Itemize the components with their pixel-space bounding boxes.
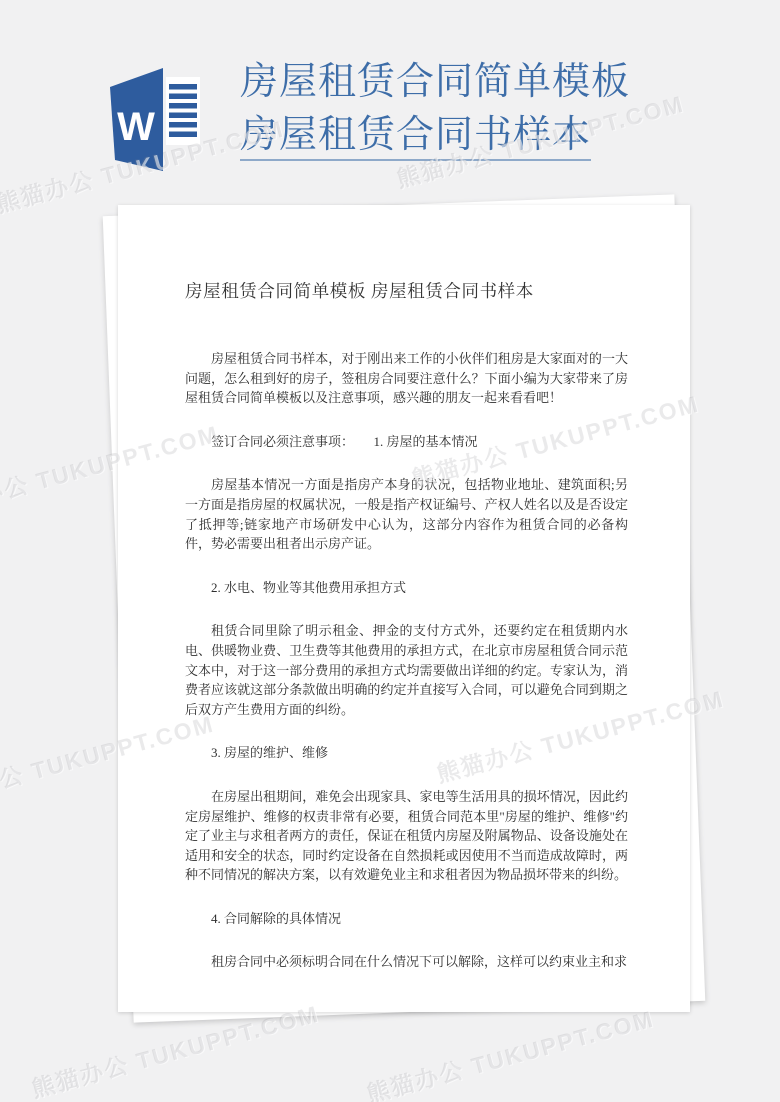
doc-heading: 2. 水电、物业等其他费用承担方式 bbox=[185, 578, 628, 598]
doc-paragraph: 房屋租赁合同书样本，对于刚出来工作的小伙伴们租房是大家面对的一大问题，怎么租到好… bbox=[185, 349, 628, 408]
page-title-line2: 房屋租赁合同书样本 bbox=[240, 109, 630, 162]
header: W 房屋租赁合同简单模板 房屋租赁合同书样本 bbox=[0, 0, 780, 200]
doc-paragraph: 租房合同中必须标明合同在什么情况下可以解除，这样可以约束业主和求 bbox=[185, 952, 628, 972]
word-icon: W bbox=[110, 68, 202, 171]
page-title-line1: 房屋租赁合同简单模板 bbox=[240, 56, 630, 109]
document-body: 房屋租赁合同书样本，对于刚出来工作的小伙伴们租房是大家面对的一大问题，怎么租到好… bbox=[185, 349, 628, 972]
doc-paragraph: 租赁合同里除了明示租金、押金的支付方式外，还要约定在租赁期内水电、供暖物业费、卫… bbox=[185, 621, 628, 719]
page-title-line1-text: 房屋租赁合同简单模板 bbox=[240, 61, 630, 103]
doc-heading: 3. 房屋的维护、维修 bbox=[185, 743, 628, 763]
doc-paragraph: 在房屋出租期间，难免会出现家具、家电等生活用具的损坏情况，因此约定房屋维护、维修… bbox=[185, 787, 628, 885]
document-title: 房屋租赁合同简单模板 房屋租赁合同书样本 bbox=[185, 278, 628, 303]
doc-heading: 4. 合同解除的具体情况 bbox=[185, 909, 628, 929]
doc-heading: 签订合同必须注意事项： 1. 房屋的基本情况 bbox=[185, 432, 628, 452]
watermark-text: 熊猫办公 TUKUPPT.COM bbox=[363, 1001, 658, 1102]
page-title: 房屋租赁合同简单模板 房屋租赁合同书样本 bbox=[240, 56, 630, 162]
svg-text:W: W bbox=[117, 105, 155, 149]
document-page: 房屋租赁合同简单模板 房屋租赁合同书样本 房屋租赁合同书样本，对于刚出来工作的小… bbox=[118, 205, 690, 1012]
doc-paragraph: 房屋基本情况一方面是指房产本身的状况，包括物业地址、建筑面积;另一方面是指房屋的… bbox=[185, 475, 628, 553]
word-logo-icon: W bbox=[110, 68, 202, 171]
page-title-line2-text: 房屋租赁合同书样本 bbox=[240, 114, 591, 161]
